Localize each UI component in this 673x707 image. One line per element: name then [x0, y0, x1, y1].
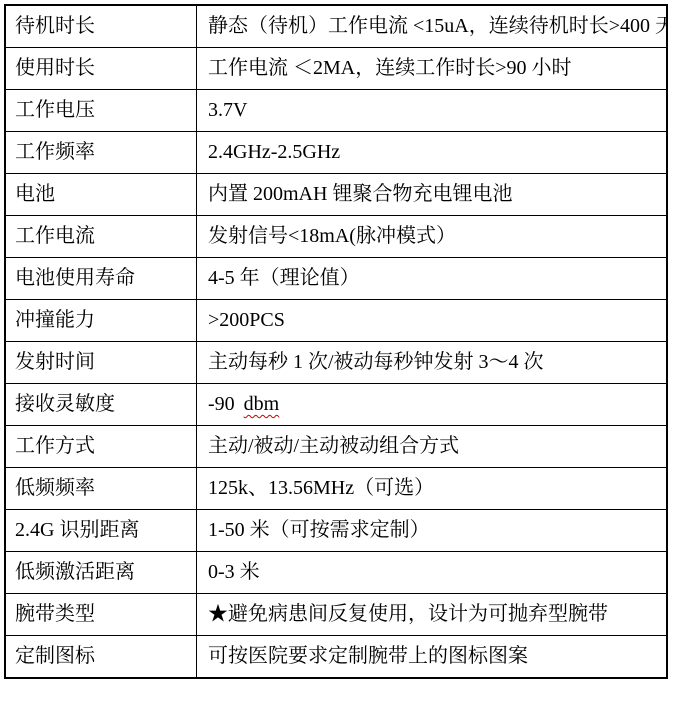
- spec-value-misspelled-word: dbm: [244, 393, 280, 415]
- table-row: 使用时长 工作电流 ＜2MA，连续工作时长>90 小时: [5, 48, 667, 90]
- spec-label: 待机时长: [5, 5, 197, 48]
- spec-label: 工作电流: [5, 216, 197, 258]
- spec-label: 发射时间: [5, 342, 197, 384]
- spec-value: 主动/被动/主动被动组合方式: [197, 426, 668, 468]
- table-row: 电池使用寿命 4-5 年（理论值）: [5, 258, 667, 300]
- spec-label: 工作电压: [5, 90, 197, 132]
- spec-label: 2.4G 识别距离: [5, 510, 197, 552]
- spec-value-number: -90: [208, 393, 235, 415]
- table-row: 发射时间 主动每秒 1 次/被动每秒钟发射 3～4 次: [5, 342, 667, 384]
- spec-label: 电池使用寿命: [5, 258, 197, 300]
- table-row: 工作频率 2.4GHz-2.5GHz: [5, 132, 667, 174]
- spec-value: 可按医院要求定制腕带上的图标图案: [197, 636, 668, 679]
- table-row: 冲撞能力 >200PCS: [5, 300, 667, 342]
- spec-label: 工作频率: [5, 132, 197, 174]
- spec-label: 定制图标: [5, 636, 197, 679]
- table-row: 低频频率 125k、13.56MHz（可选）: [5, 468, 667, 510]
- spec-label: 低频频率: [5, 468, 197, 510]
- spec-value: 发射信号<18mA(脉冲模式）: [197, 216, 668, 258]
- table-row: 电池 内置 200mAH 锂聚合物充电锂电池: [5, 174, 667, 216]
- spec-label: 工作方式: [5, 426, 197, 468]
- table-row: 接收灵敏度 -90dbm: [5, 384, 667, 426]
- spec-value: -90dbm: [197, 384, 668, 426]
- spec-value: 3.7V: [197, 90, 668, 132]
- table-row: 工作电流 发射信号<18mA(脉冲模式）: [5, 216, 667, 258]
- spec-value: 1-50 米（可按需求定制）: [197, 510, 668, 552]
- spec-value: 2.4GHz-2.5GHz: [197, 132, 668, 174]
- spec-value: 4-5 年（理论值）: [197, 258, 668, 300]
- spec-value: 125k、13.56MHz（可选）: [197, 468, 668, 510]
- table-row: 定制图标 可按医院要求定制腕带上的图标图案: [5, 636, 667, 679]
- spec-value: 静态（待机）工作电流 <15uA，连续待机时长>400 天: [197, 5, 668, 48]
- spec-value: 内置 200mAH 锂聚合物充电锂电池: [197, 174, 668, 216]
- table-row: 2.4G 识别距离 1-50 米（可按需求定制）: [5, 510, 667, 552]
- table-row: 低频激活距离 0-3 米: [5, 552, 667, 594]
- spec-label: 电池: [5, 174, 197, 216]
- spec-label: 使用时长: [5, 48, 197, 90]
- table-row: 工作电压 3.7V: [5, 90, 667, 132]
- spec-table-body: 待机时长 静态（待机）工作电流 <15uA，连续待机时长>400 天 使用时长 …: [5, 5, 667, 678]
- spec-value: 主动每秒 1 次/被动每秒钟发射 3～4 次: [197, 342, 668, 384]
- spec-label: 接收灵敏度: [5, 384, 197, 426]
- spec-label: 腕带类型: [5, 594, 197, 636]
- spec-value: ★避免病患间反复使用，设计为可抛弃型腕带: [197, 594, 668, 636]
- spec-table: 待机时长 静态（待机）工作电流 <15uA，连续待机时长>400 天 使用时长 …: [4, 4, 668, 679]
- spec-value: >200PCS: [197, 300, 668, 342]
- table-row: 待机时长 静态（待机）工作电流 <15uA，连续待机时长>400 天: [5, 5, 667, 48]
- table-row: 腕带类型 ★避免病患间反复使用，设计为可抛弃型腕带: [5, 594, 667, 636]
- spec-value: 工作电流 ＜2MA，连续工作时长>90 小时: [197, 48, 668, 90]
- table-row: 工作方式 主动/被动/主动被动组合方式: [5, 426, 667, 468]
- spec-label: 冲撞能力: [5, 300, 197, 342]
- spec-value: 0-3 米: [197, 552, 668, 594]
- spec-label: 低频激活距离: [5, 552, 197, 594]
